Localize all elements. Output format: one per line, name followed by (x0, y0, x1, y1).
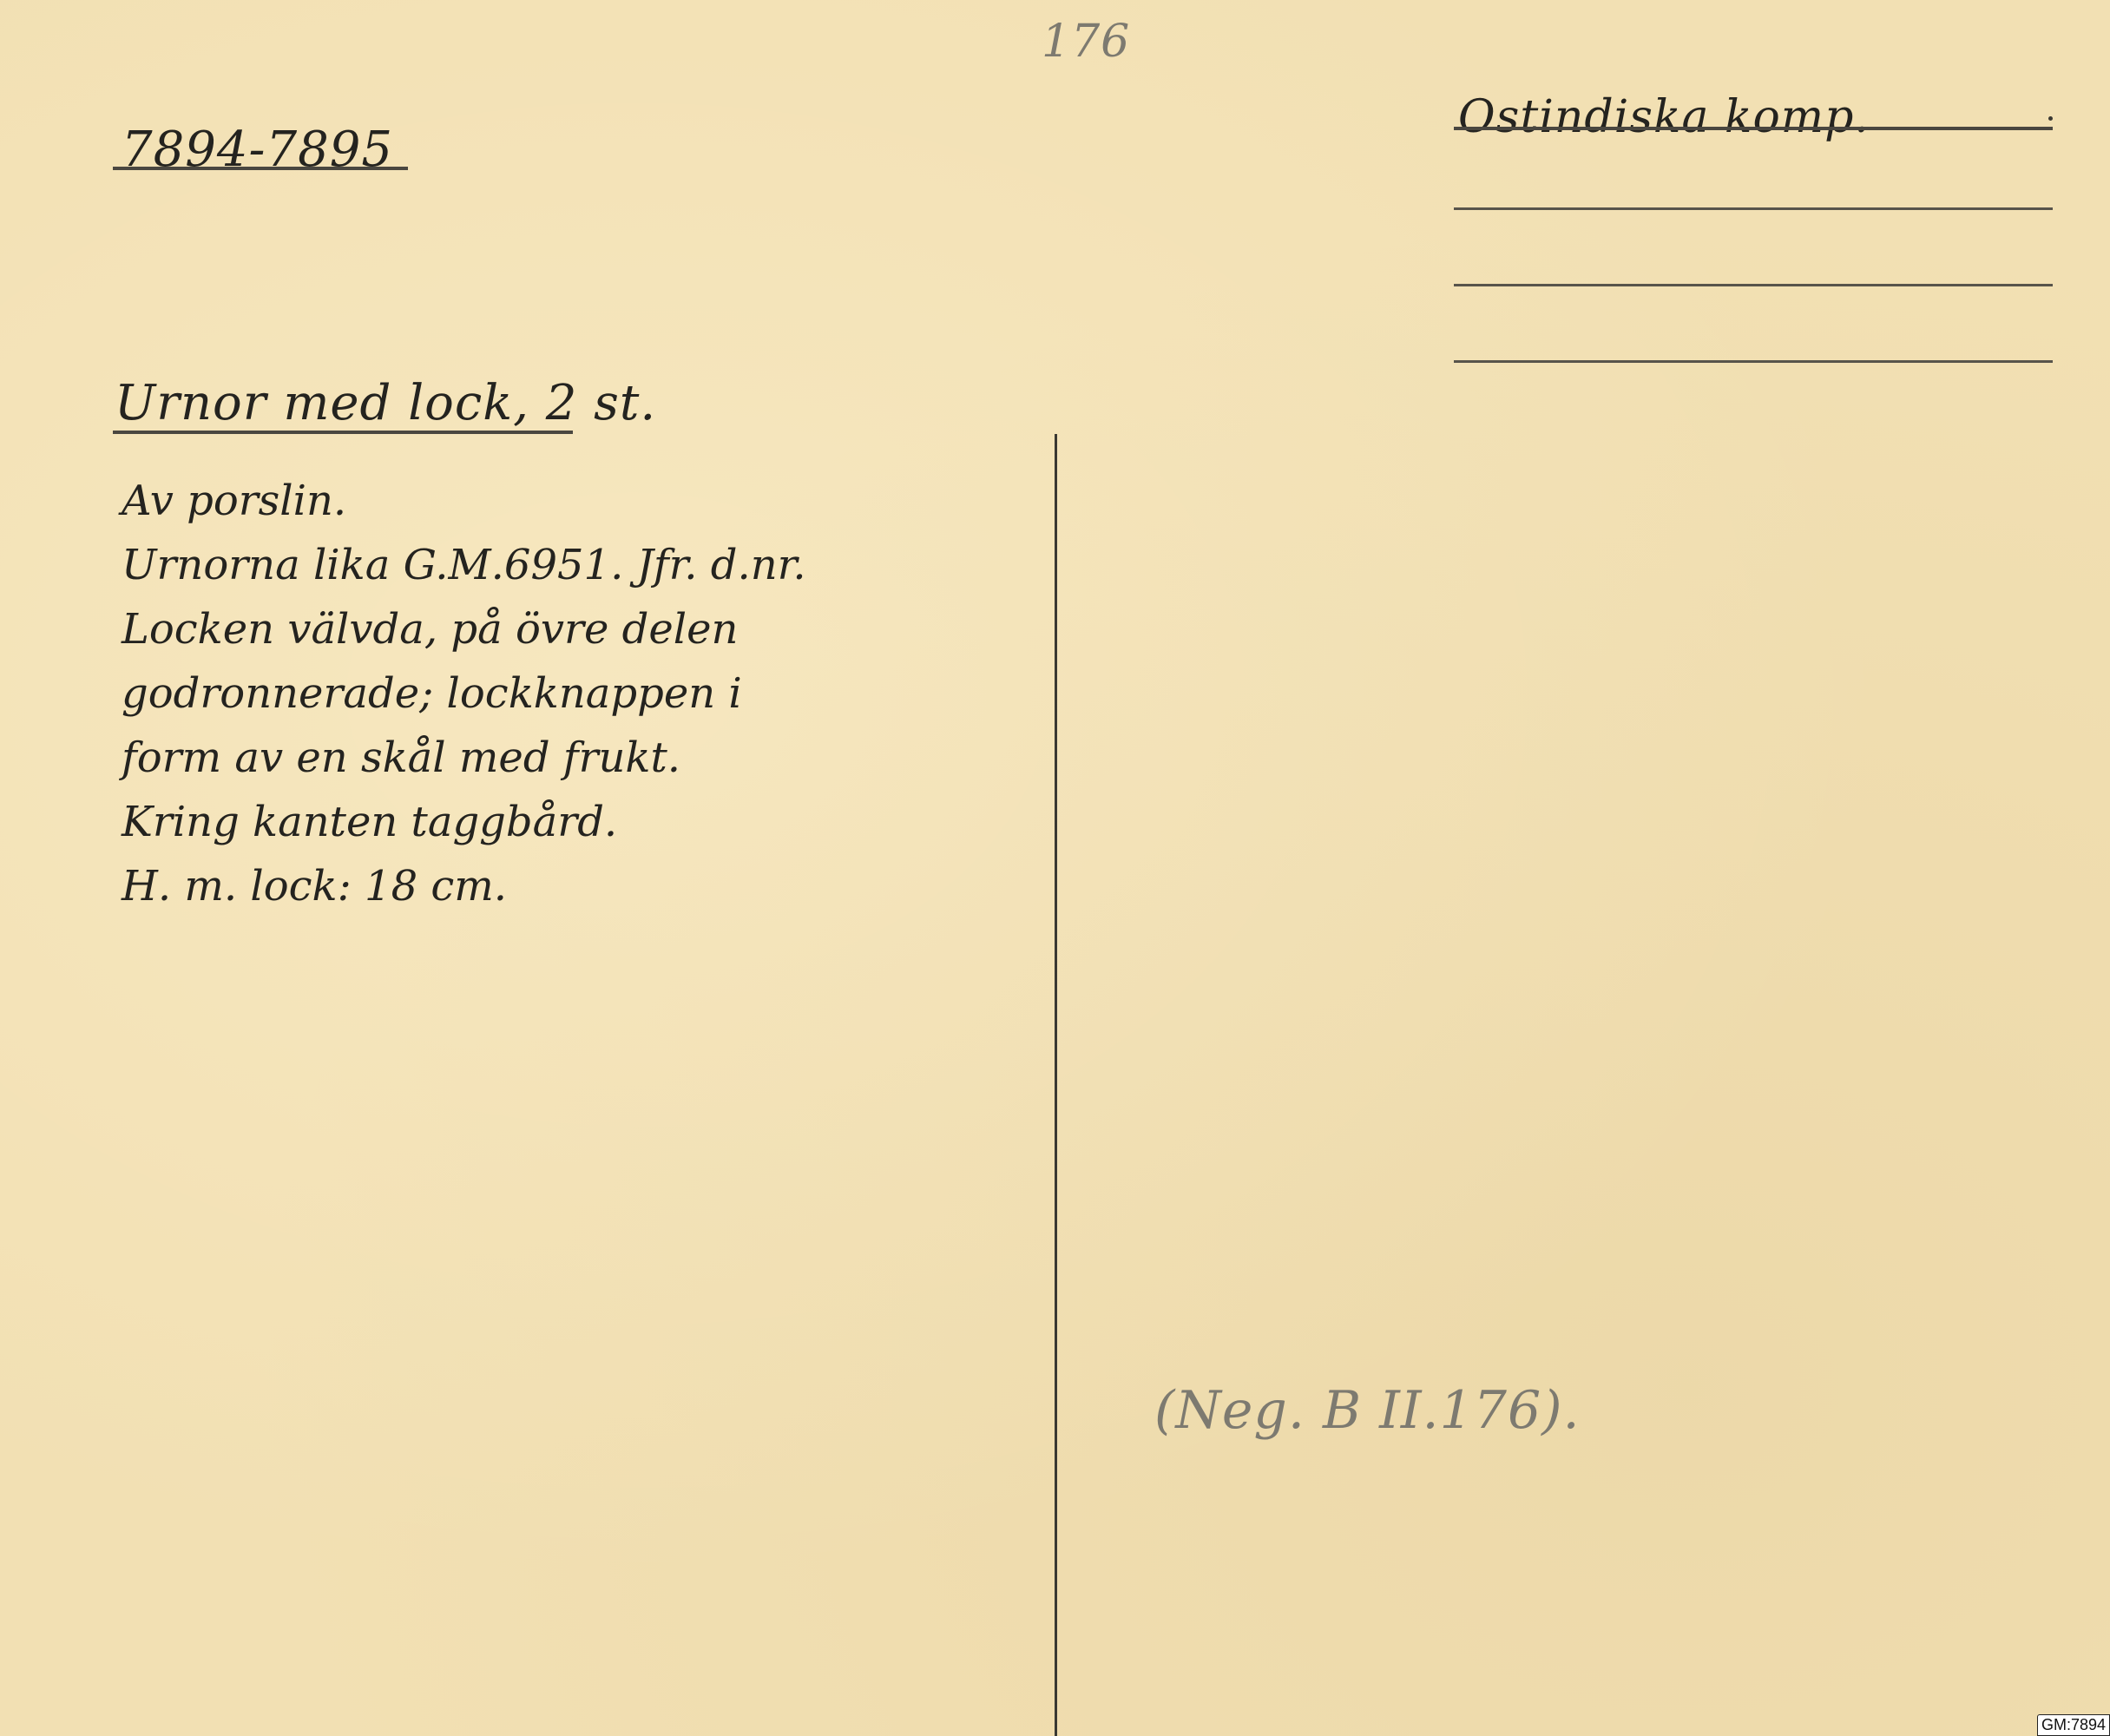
description-line: Locken välvda, på övre delen (122, 597, 806, 661)
negative-reference: (Neg. B II.176). (1154, 1380, 1581, 1441)
corner-id-label: GM:7894 (2037, 1714, 2110, 1736)
blank-ruled-line-1 (1454, 207, 2053, 210)
inventory-number-underline (113, 167, 408, 170)
description-block: Av porslin. Urnorna lika G.M.6951. Jfr. … (122, 469, 806, 918)
object-title-underline (113, 431, 573, 434)
collection-underline (1454, 127, 2053, 130)
description-line: godronnerade; lockknappen i (122, 661, 806, 726)
blank-ruled-line-3 (1454, 360, 2053, 363)
description-line: form av en skål med frukt. (122, 726, 806, 790)
pencil-note-top: 176 (1042, 16, 1130, 68)
column-divider (1055, 434, 1057, 1736)
catalog-card: 176 7894-7895 Ostindiska komp. Urnor med… (0, 0, 2110, 1736)
blank-ruled-line-2 (1454, 284, 2053, 286)
description-line: Av porslin. (122, 469, 806, 533)
object-title: Urnor med lock, 2 st. (115, 375, 656, 431)
collection-heading: Ostindiska komp. (1458, 91, 1870, 143)
description-line: H. m. lock: 18 cm. (122, 854, 806, 918)
collection-dot (2048, 116, 2053, 121)
description-line: Kring kanten taggbård. (122, 790, 806, 854)
description-line: Urnorna lika G.M.6951. Jfr. d.nr. (122, 533, 806, 597)
